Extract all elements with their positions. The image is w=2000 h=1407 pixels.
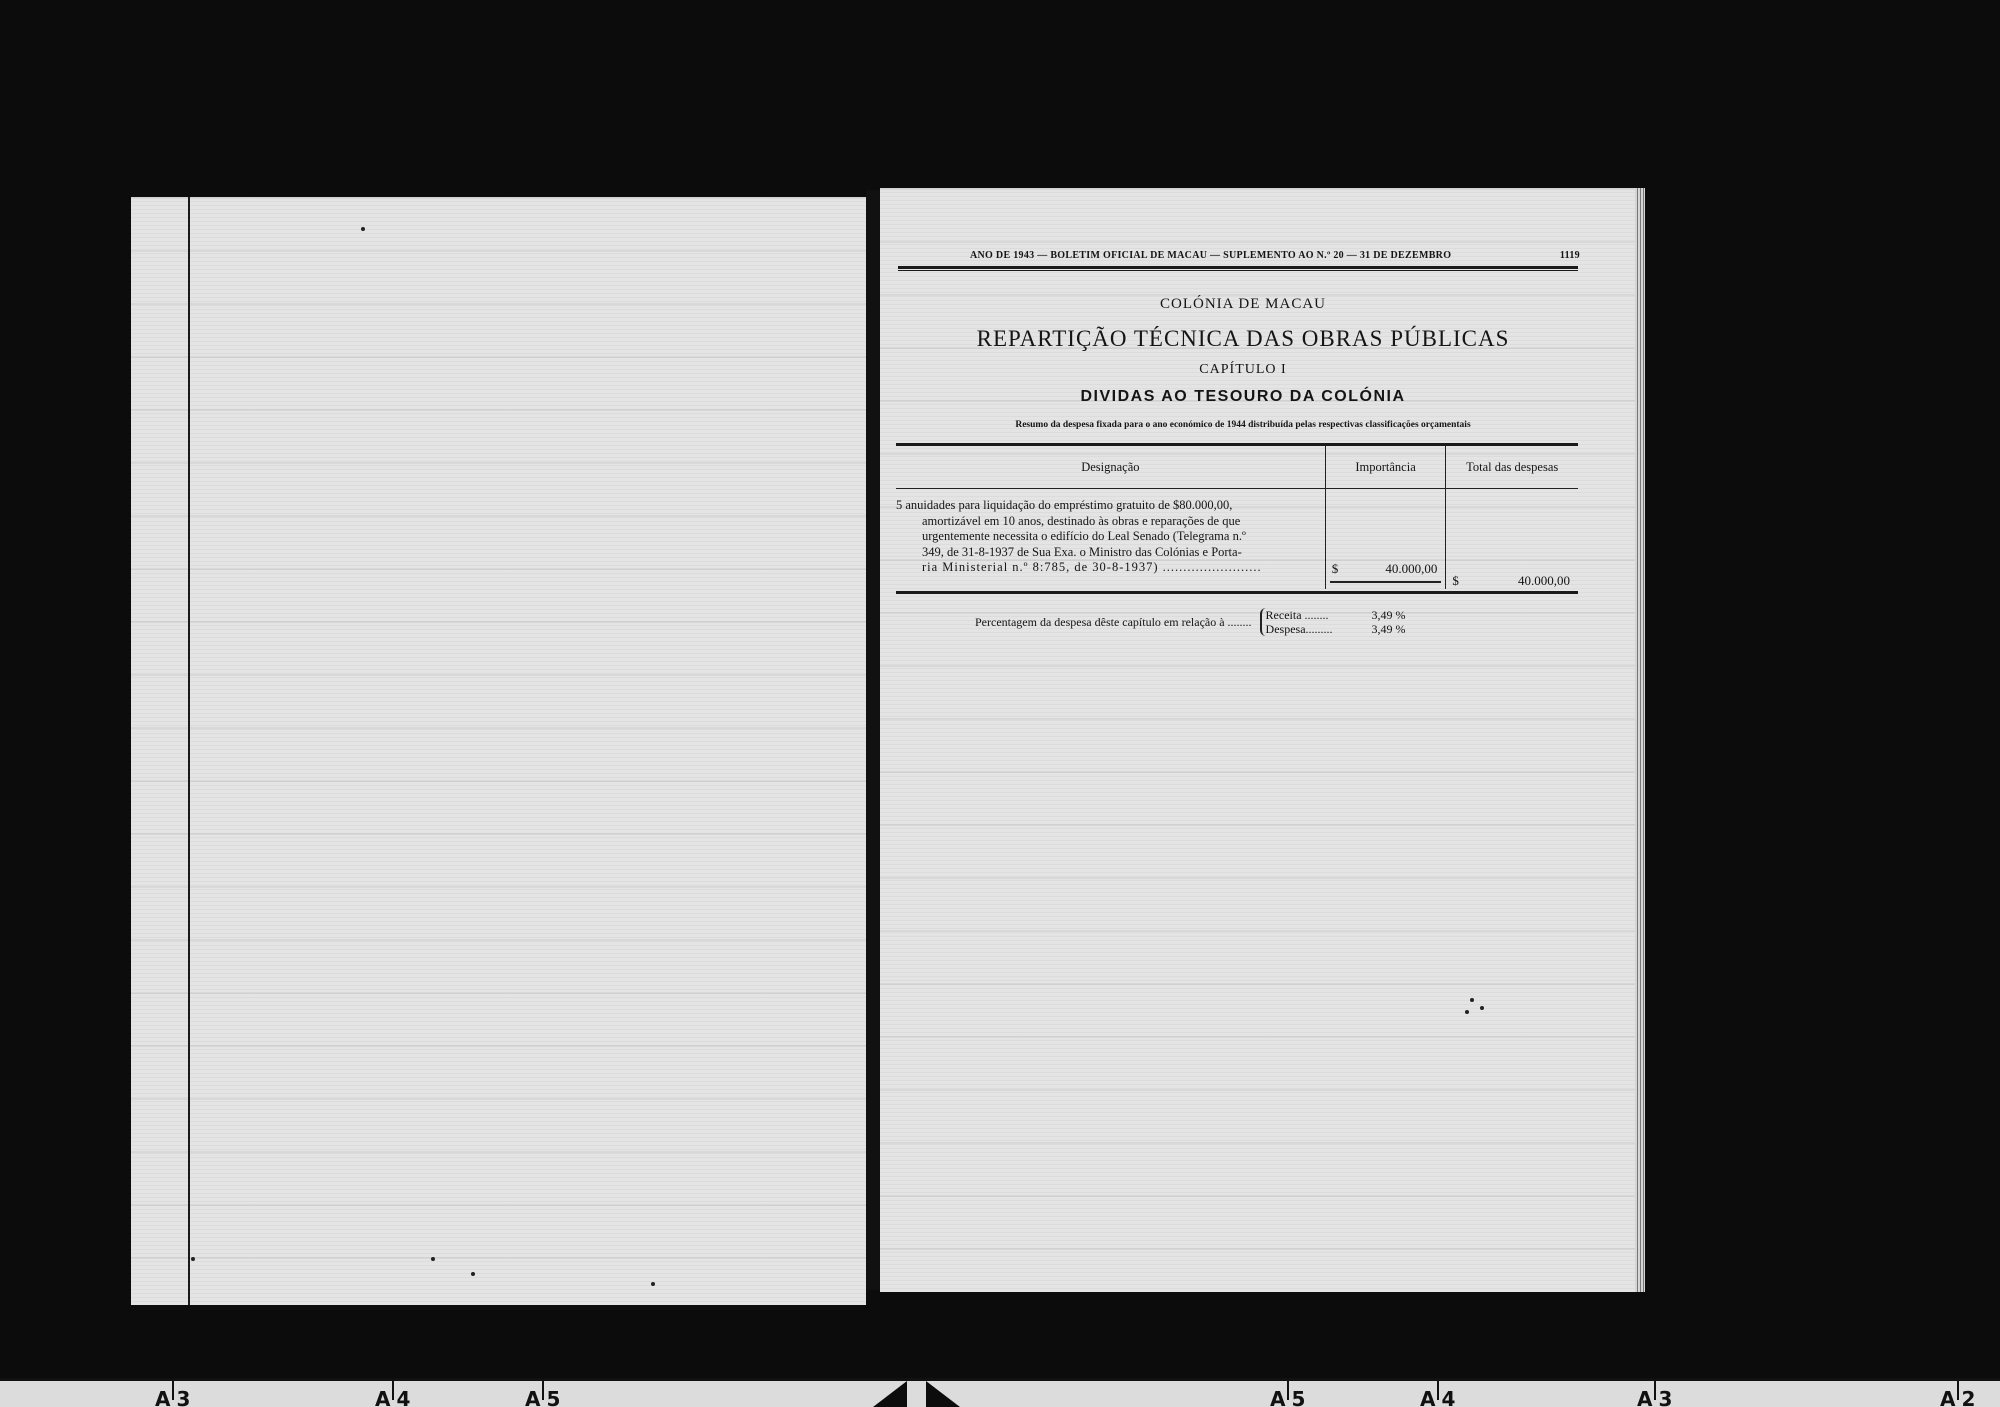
designation-line: 349, de 31-8-1937 de Sua Exa. o Ministro… [896,545,1325,561]
microfilm-scan: ANO DE 1943 — BOLETIM OFICIAL DE MACAU —… [0,0,2000,1407]
ink-speck [431,1257,435,1261]
percentage-label: Percentagem da despesa dêste capítulo em… [975,615,1252,630]
page-edge-stack [1635,188,1645,1292]
receita-value: 3,49 % [1372,608,1406,622]
frame-marker: A3 [155,1380,190,1407]
receita-label: Receita ........ [1266,608,1329,622]
designation-line: 5 anuidades para liquidação do empréstim… [896,498,1325,514]
header-importancia: Importância [1325,446,1446,488]
designation-line: urgentemente necessita o edifício do Lea… [896,529,1325,545]
table-header-row: Designação Importância Total das despesa… [896,446,1578,489]
despesa-value: 3,49 % [1372,622,1406,636]
designation-cell: 5 anuidades para liquidação do empréstim… [896,489,1325,589]
section-title: DIVIDAS AO TESOURO DA COLÓNIA [898,388,1588,406]
importancia-value: 40.000,00 [1385,561,1437,577]
ink-speck [191,1257,195,1261]
frame-marker: A4 [375,1380,410,1407]
frame-marker: A2 [1940,1380,1975,1407]
section-subtitle: Resumo da despesa fixada para o ano econ… [898,420,1588,430]
header-total: Total das despesas [1445,446,1578,488]
left-page-blank [131,197,866,1305]
frame-marker: A3 [1637,1380,1672,1407]
subtotal-rule [1330,581,1442,583]
left-margin-rule [188,197,190,1305]
percentage-line: Percentagem da despesa dêste capítulo em… [975,608,1406,636]
page-number: 1119 [1560,250,1580,261]
colony-heading: COLÓNIA DE MACAU [898,296,1588,313]
designation-line: ria Ministerial n.º 8:785, de 30-8-1937)… [896,560,1325,576]
ink-speck [1465,1010,1469,1014]
frame-marker: A5 [1270,1380,1305,1407]
frame-marker: A4 [1420,1380,1455,1407]
ink-speck [651,1282,655,1286]
department-heading: REPARTIÇÃO TÉCNICA DAS OBRAS PÚBLICAS [898,326,1588,352]
table-bottom-rule [896,591,1578,594]
table-row: 5 anuidades para liquidação do empréstim… [896,489,1578,589]
ink-speck [1480,1006,1484,1010]
left-triangle-marker-icon [873,1381,907,1407]
percentage-brace: Receita ........ 3,49 % Despesa.........… [1260,608,1406,636]
currency-symbol: $ [1332,561,1339,577]
frame-marker: A5 [525,1380,560,1407]
ink-speck [1470,998,1474,1002]
ink-speck [471,1272,475,1276]
designation-line: amortizável em 10 anos, destinado às obr… [896,514,1325,530]
ink-speck [361,227,365,231]
header-designacao: Designação [896,446,1325,488]
running-head: ANO DE 1943 — BOLETIM OFICIAL DE MACAU —… [898,250,1580,261]
header-double-rule [898,266,1578,271]
right-triangle-marker-icon [926,1381,960,1407]
book-gutter [866,190,880,1290]
film-strip: A3 A4 A5 A5 A4 A3 A2 [0,1378,2000,1407]
running-head-title: ANO DE 1943 — BOLETIM OFICIAL DE MACAU —… [970,250,1451,261]
total-value: 40.000,00 [1518,573,1570,589]
importancia-cell: $ 40.000,00 [1325,489,1446,589]
chapter-heading: CAPÍTULO I [898,362,1588,378]
currency-symbol: $ [1452,573,1459,589]
total-cell: $ 40.000,00 [1445,489,1578,589]
right-page: ANO DE 1943 — BOLETIM OFICIAL DE MACAU —… [880,188,1635,1292]
despesa-label: Despesa......... [1266,622,1333,636]
expense-table: Designação Importância Total das despesa… [896,443,1578,594]
